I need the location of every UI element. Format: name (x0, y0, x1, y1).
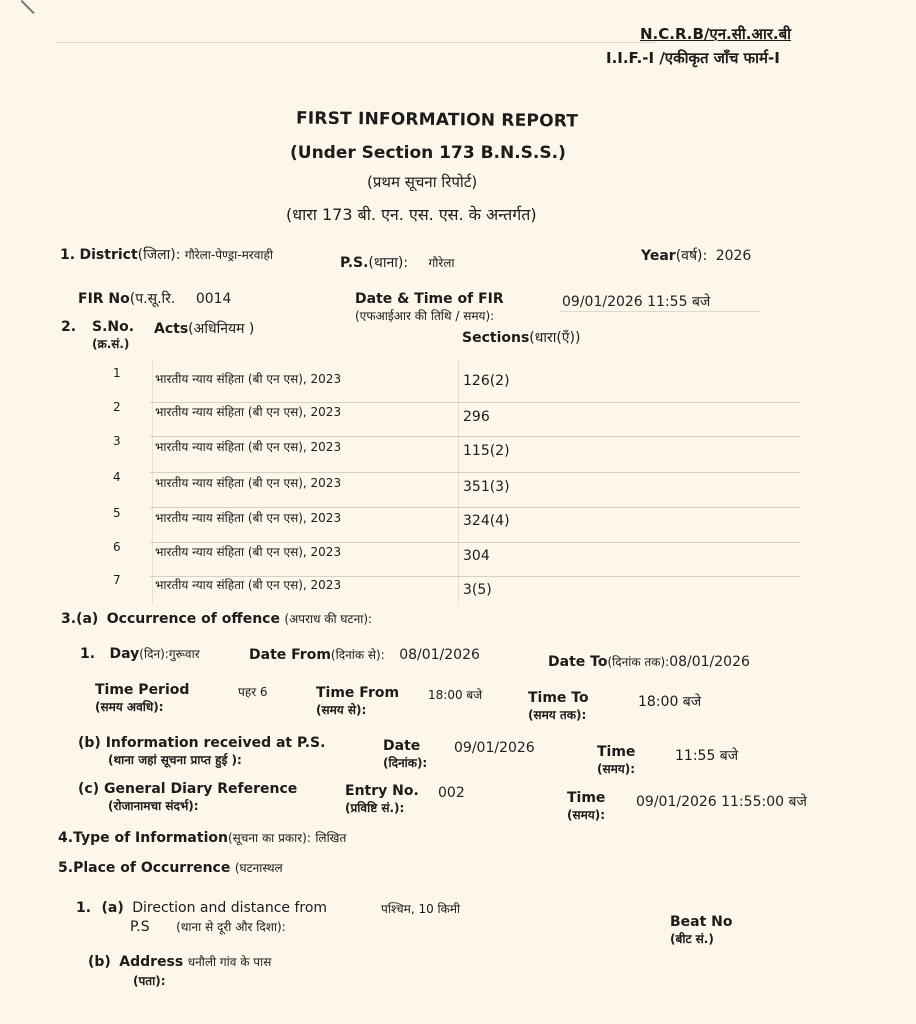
date-from-label: Date From (249, 647, 331, 663)
date-from-value: 08/01/2026 (399, 647, 480, 663)
table-row-act: भारतीय न्याय संहिता (बी एन एस), 2023 (155, 438, 341, 455)
address-value: धनौली गांव के पास (188, 955, 272, 969)
scan-line (55, 42, 655, 43)
year-label: Year (641, 248, 676, 264)
gd-label: General Diary Reference (104, 781, 297, 797)
entry-label-hi: (प्रविष्टि सं.): (345, 799, 419, 816)
occurrence-heading: 3.(a) Occurrence of offence (अपराध की घट… (61, 610, 372, 627)
year-value: 2026 (716, 248, 752, 264)
fir-no-label: FIR No (78, 291, 130, 307)
type-label-hi: (सूचना का प्रकार): (228, 831, 311, 845)
table-row-section: 351(3) (463, 479, 510, 495)
scan-mark (21, 0, 35, 14)
info-received-field: (b) Information received at P.S. (थाना ज… (78, 735, 325, 768)
address-field: (b) Address धनौली गांव के पास (88, 953, 271, 970)
place-label: Place of Occurrence (73, 860, 230, 876)
time-from-label: Time From (316, 685, 399, 701)
fir-datetime-label: Date & Time of FIR (355, 291, 504, 307)
day-value: गुरूवार (169, 647, 200, 661)
section-number: 3. (61, 611, 76, 627)
direction-label: Direction and distance from (132, 900, 327, 916)
fir-datetime-value: 09/01/2026 11:55 बजे (562, 292, 710, 311)
ncrb-label: N.C.R.B/एन.सी.आर.बी (640, 24, 791, 44)
day-field: 1. Day(दिन):गुरूवार (80, 645, 200, 662)
table-divider (458, 360, 459, 605)
info-received-label: Information received at P.S. (106, 735, 326, 751)
address-label: Address (119, 954, 183, 970)
sections-label-hi: (धारा(एँ)) (529, 330, 580, 346)
place-of-occurrence-heading: 5.Place of Occurrence (घटनास्थल (58, 859, 283, 876)
under-section-title: (Under Section 173 B.N.S.S.) (290, 143, 566, 163)
acts-header: Acts(अधिनियम ) (154, 319, 254, 338)
table-row-section: 126(2) (463, 373, 510, 389)
table-row-act: भारतीय न्याय संहिता (बी एन एस), 2023 (155, 370, 341, 387)
table-row-section: 3(5) (463, 582, 492, 598)
district-label-hi: (जिला): (138, 247, 181, 263)
direction-field: 1. (a) Direction and distance from (76, 900, 327, 916)
ps-label-hi: (थाना): (368, 255, 408, 271)
district-label: District (80, 247, 138, 263)
ps-label: P.S. (340, 255, 368, 271)
item-number: 1. (80, 646, 95, 662)
gd-time-label-hi: (समय): (567, 806, 605, 823)
table-row-sno: 5 (113, 506, 121, 520)
subsection-label: (b) (78, 735, 101, 751)
beat-label: Beat No (670, 914, 733, 930)
year-label-hi: (वर्ष): (676, 248, 708, 264)
subsection-label: (a) (76, 611, 98, 627)
subsection-label: (c) (78, 781, 99, 797)
hindi-title: (प्रथम सूचना रिपोर्ट) (367, 172, 477, 192)
table-row-act: भारतीय न्याय संहिता (बी एन एस), 2023 (155, 543, 341, 560)
sections-header: Sections(धारा(एँ)) (462, 328, 580, 347)
time-from-value: 18:00 बजे (428, 686, 482, 703)
time-period-label: Time Period (95, 682, 189, 698)
table-row-section: 304 (463, 548, 490, 564)
time-period-label-hi: (समय अवधि): (95, 698, 189, 715)
date-to-field: Date To(दिनांक तक):08/01/2026 (548, 653, 750, 670)
place-label-hi: (घटनास्थल (235, 861, 283, 875)
table-row-sno: 7 (113, 573, 121, 587)
ps-abbr: P.S (130, 919, 150, 935)
info-received-label-hi: (थाना जहां सूचना प्राप्त हुई ): (108, 751, 325, 768)
item-number: 1. (76, 900, 91, 916)
time-to-label-hi: (समय तक): (528, 706, 589, 723)
gd-time-field: Time (समय): (567, 790, 605, 823)
table-divider (152, 360, 153, 605)
info-date-value: 09/01/2026 (454, 740, 535, 756)
table-row-sno: 3 (113, 434, 121, 448)
beat-no-field: Beat No (बीट सं.) (670, 914, 733, 947)
time-from-field: Time From (समय से): (316, 685, 399, 718)
info-time-field: Time (समय): (597, 744, 635, 777)
info-date-label: Date (383, 738, 427, 754)
fir-no-value: 0014 (196, 291, 232, 307)
occurrence-label-hi: (अपराध की घटना): (284, 612, 372, 626)
acts-label-hi: (अधिनियम ) (188, 321, 254, 337)
row-line (150, 472, 800, 473)
section-number: 5. (58, 860, 73, 876)
table-row-act: भारतीय न्याय संहिता (बी एन एस), 2023 (155, 576, 341, 593)
address-label-hi: (पता): (133, 972, 166, 989)
direction-value: पश्चिम, 10 किमी (381, 900, 460, 917)
document-title: FIRST INFORMATION REPORT (296, 109, 578, 132)
beat-label-hi: (बीट सं.) (670, 930, 733, 947)
time-period-value: पहर 6 (238, 683, 268, 700)
time-from-label-hi: (समय से): (316, 701, 399, 718)
info-time-value: 11:55 बजे (675, 746, 738, 765)
direction-label-hi: (थाना से दूरी और दिशा): (176, 920, 286, 934)
day-label-hi: (दिन): (139, 647, 169, 661)
info-time-label: Time (597, 744, 635, 760)
year-field: Year(वर्ष): 2026 (641, 246, 751, 265)
acts-label: Acts (154, 321, 188, 337)
row-line (150, 436, 800, 437)
fir-no-label-hi: (प.सू.रि. (130, 291, 176, 307)
info-date-field: Date (दिनांक): (383, 738, 427, 771)
general-diary-field: (c) General Diary Reference (रोजानामचा स… (78, 781, 297, 814)
table-row-sno: 2 (113, 400, 121, 414)
occurrence-label: Occurrence of offence (107, 611, 280, 627)
fir-datetime-field: Date & Time of FIR (एफआईआर की तिथि / समय… (355, 291, 504, 324)
day-label: Day (110, 646, 140, 662)
iif-label: I.I.F.-I /एकीकृत जाँच फार्म-I (606, 48, 780, 68)
entry-value: 002 (438, 785, 465, 801)
date-to-label-hi: (दिनांक तक): (607, 655, 669, 669)
date-from-field: Date From(दिनांक से): 08/01/2026 (249, 646, 480, 663)
fir-datetime-label-hi: (एफआईआर की तिथि / समय): (355, 307, 504, 324)
subsection-label: (a) (102, 900, 124, 916)
date-from-label-hi: (दिनांक से): (331, 648, 385, 662)
table-row-section: 324(4) (463, 513, 510, 529)
table-row-section: 115(2) (463, 443, 510, 459)
entry-label: Entry No. (345, 783, 419, 799)
info-time-label-hi: (समय): (597, 760, 635, 777)
subsection-label: (b) (88, 954, 111, 970)
table-row-sno: 1 (113, 366, 121, 380)
sections-label: Sections (462, 330, 529, 346)
ncrb-text: N.C.R.B/एन.सी.आर.बी (640, 25, 791, 43)
district-value: गौरेला-पेण्ड्रा-मरवाही (185, 248, 273, 262)
direction-label-ps: P.S (थाना से दूरी और दिशा): (130, 918, 286, 935)
section-number: 1. (60, 247, 75, 263)
gd-time-label: Time (567, 790, 605, 806)
ps-value: गौरेला (428, 256, 454, 270)
sno-label-hi: (क्र.सं.) (92, 335, 134, 352)
table-row-sno: 4 (113, 470, 121, 484)
table-row-act: भारतीय न्याय संहिता (बी एन एस), 2023 (155, 509, 341, 526)
table-row-act: भारतीय न्याय संहिता (बी एन एस), 2023 (155, 403, 341, 420)
info-date-label-hi: (दिनांक): (383, 754, 427, 771)
table-row-act: भारतीय न्याय संहिता (बी एन एस), 2023 (155, 474, 341, 491)
hindi-section-title: (धारा 173 बी. एन. एस. एस. के अन्तर्गत) (286, 203, 537, 225)
fir-no-field: FIR No(प.सू.रि. 0014 (78, 289, 231, 308)
date-to-value: 08/01/2026 (669, 654, 750, 670)
sno-header: S.No. (क्र.सं.) (92, 319, 134, 352)
ps-field: P.S.(थाना): गौरेला (340, 253, 455, 272)
divider (560, 311, 760, 312)
section-2-number: 2. (61, 319, 76, 335)
sno-label: S.No. (92, 319, 134, 335)
type-value: लिखित (315, 831, 346, 845)
section-number: 4. (58, 830, 73, 846)
entry-no-field: Entry No. (प्रविष्टि सं.): (345, 783, 419, 816)
time-period-field: Time Period (समय अवधि): (95, 682, 189, 715)
date-to-label: Date To (548, 654, 607, 670)
type-label: Type of Information (73, 830, 228, 846)
table-row-sno: 6 (113, 540, 121, 554)
time-to-label: Time To (528, 690, 589, 706)
type-of-information-field: 4.Type of Information(सूचना का प्रकार): … (58, 829, 346, 846)
table-row-section: 296 (463, 409, 490, 425)
gd-label-hi: (रोजानामचा संदर्भ): (108, 797, 297, 814)
time-to-field: Time To (समय तक): (528, 690, 589, 723)
gd-time-value: 09/01/2026 11:55:00 बजे (636, 792, 807, 811)
time-to-value: 18:00 बजे (638, 692, 701, 711)
row-line (150, 507, 800, 508)
district-field: 1. District(जिला): गौरेला-पेण्ड्रा-मरवाह… (60, 245, 273, 264)
